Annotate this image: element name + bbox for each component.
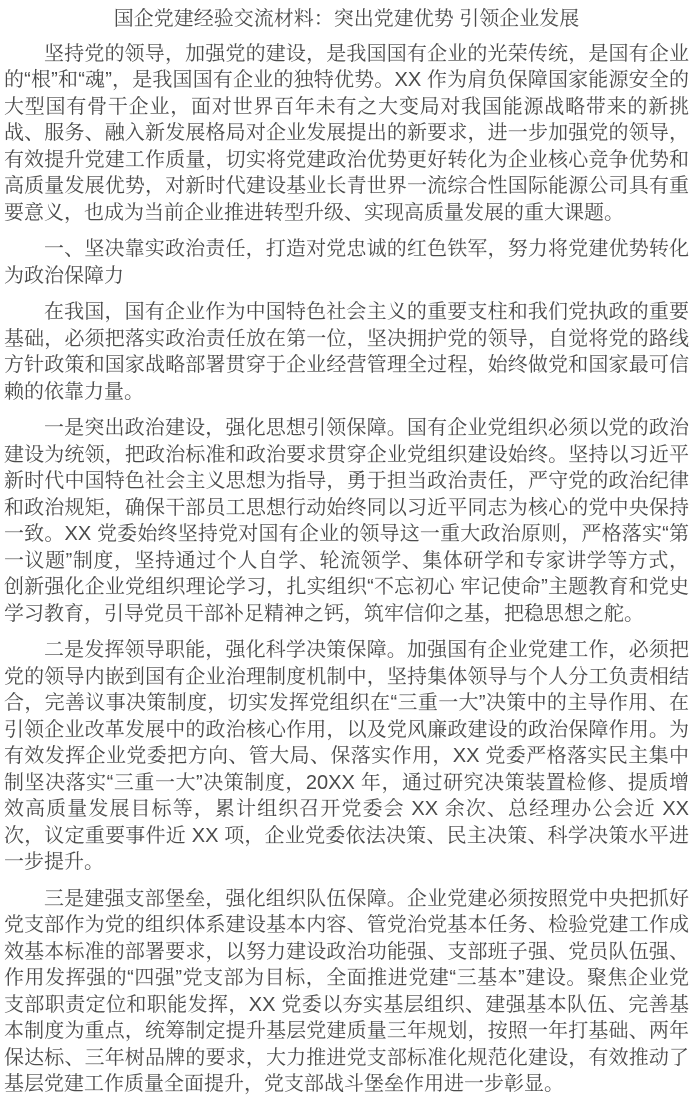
paragraph-section-lead: 在我国，国有企业作为中国特色社会主义的重要支柱和我们党执政的重要基础，必须把落实…	[4, 299, 689, 405]
section-heading-1: 一、坚决靠实政治责任，打造对党忠诚的红色铁军，努力将党建优势转化为政治保障力	[4, 236, 689, 289]
paragraph-intro: 坚持党的领导，加强党的建设，是我国国有企业的光荣传统，是国有企业的“根”和“魂”…	[4, 41, 689, 227]
paragraph-point-3: 三是建强支部堡垒，强化组织队伍保障。企业党建必须按照党中央把抓好党支部作为党的组…	[4, 886, 689, 1097]
paragraph-point-2: 二是发挥领导职能，强化科学决策保障。加强国有企业党建工作，必须把党的领导内嵌到国…	[4, 637, 689, 876]
document-title: 国企党建经验交流材料：突出党建优势 引领企业发展	[4, 6, 689, 33]
paragraph-point-1: 一是突出政治建设，强化思想引领保障。国有企业党组织必须以党的政治建设为统领，把政…	[4, 415, 689, 627]
document-page: 国企党建经验交流材料：突出党建优势 引领企业发展 坚持党的领导，加强党的建设，是…	[0, 0, 693, 1097]
